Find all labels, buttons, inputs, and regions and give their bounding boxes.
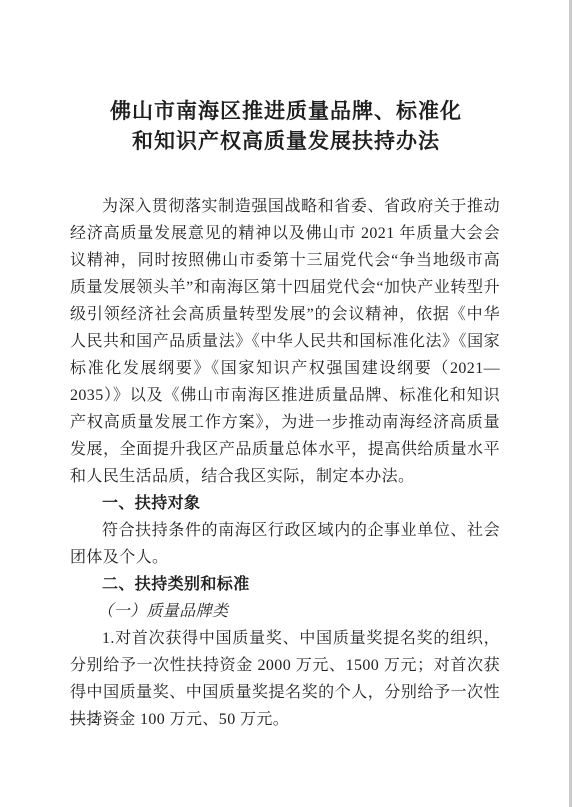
document-body: 为深入贯彻落实制造强国战略和省委、省政府关于推动经济高质量发展意见的精神以及佛山… [70,193,500,733]
section-1-heading: 一、扶持对象 [70,490,500,517]
page-number: — 2 — [70,711,120,728]
item-1-paragraph: 1.对首次获得中国质量奖、中国质量奖提名奖的组织，分别给予一次性扶持资金 200… [70,625,500,733]
document-title-line1: 佛山市南海区推进质量品牌、标准化 [46,97,526,127]
intro-paragraph: 为深入贯彻落实制造强国战略和省委、省政府关于推动经济高质量发展意见的精神以及佛山… [70,193,500,490]
document-title-line2: 和知识产权高质量发展扶持办法 [46,127,526,157]
section-2-heading: 二、扶持类别和标准 [70,571,500,598]
document-title: 佛山市南海区推进质量品牌、标准化 和知识产权高质量发展扶持办法 [46,97,526,157]
subsection-1-heading: （一）质量品牌类 [70,598,500,625]
document-page: 佛山市南海区推进质量品牌、标准化 和知识产权高质量发展扶持办法 为深入贯彻落实制… [0,0,572,807]
section-1-body: 符合扶持条件的南海区行政区域内的企事业单位、社会团体及个人。 [70,517,500,571]
